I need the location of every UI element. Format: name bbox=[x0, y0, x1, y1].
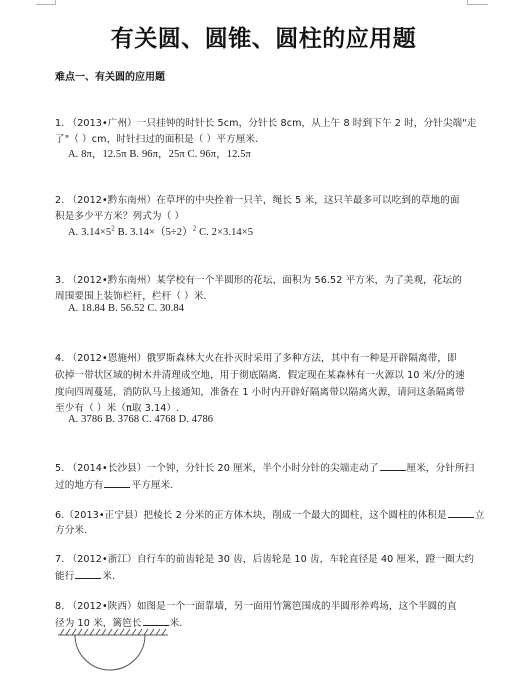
question-1-line-2: 了"（ ）cm，时针扫过的面积是（ ）平方厘米. bbox=[55, 131, 258, 145]
question-1-line-1: 1. （2013•广州）一只挂钟的时针长 5cm，分针长 8cm，从上午 8 时… bbox=[55, 115, 476, 129]
section-heading: 难点一、有关圆的应用题 bbox=[55, 68, 165, 83]
text: 能行 bbox=[55, 571, 74, 582]
question-4-line-3: 度向四周蔓延，消防队马上接通知，准备在 1 小时内开辟好隔离带以隔离火源，请问这… bbox=[55, 384, 465, 398]
question-7-line-2: 能行米. bbox=[55, 568, 115, 582]
answer-blank[interactable] bbox=[380, 461, 406, 471]
text: 厘米，分针所扫 bbox=[407, 463, 475, 474]
question-3-options: A. 18.84 B. 56.52 C. 30.84 bbox=[68, 303, 184, 314]
question-2-options: A. 3.14×52 B. 3.14×（5÷2）2 C. 2×3.14×5 bbox=[68, 224, 253, 239]
text: 6.（2013•正宁县）把棱长 2 分米的正方体木块，削成一个最大的圆柱，这个圆… bbox=[55, 510, 447, 521]
question-4-line-4: 至少有（ ）米（π取 3.14）. bbox=[55, 400, 179, 414]
option-c-text: C. 2×3.14×5 bbox=[196, 227, 253, 238]
question-4-line-1: 4. （2012•恩施州）俄罗斯森林大火在扑灭时采用了多种方法，其中有一种是开辟… bbox=[55, 350, 457, 364]
document-title: 有关圆、圆锥、圆柱的应用题 bbox=[0, 20, 527, 53]
text: 立 bbox=[475, 510, 485, 521]
text: 过的地方有 bbox=[55, 480, 103, 491]
question-4-line-2: 砍掉一带状区域的树木并清理成空地，用于彻底隔离．假定现在某森林有一火源以 10 … bbox=[55, 367, 465, 381]
text: 5. （2014•长沙县）一个钟，分针长 20 厘米，半个小时分针的尖端走动了 bbox=[55, 463, 379, 474]
question-5-line-2: 过的地方有平方厘米. bbox=[55, 477, 173, 491]
question-4-options: A. 3786 B. 3768 C. 4768 D. 4786 bbox=[68, 414, 213, 425]
option-b-text: B. 3.14×（5÷2） bbox=[115, 227, 193, 238]
question-2-line-1: 2. （2012•黔东南州）在草坪的中央拴着一只羊，绳长 5 米，这只羊最多可以… bbox=[55, 192, 460, 206]
answer-blank[interactable] bbox=[143, 616, 169, 626]
question-3-line-2: 周围要围上装饰栏杆，栏杆（ ）米. bbox=[55, 288, 207, 302]
semicircle-diagram-icon bbox=[55, 626, 185, 686]
question-8-line-1: 8. （2012•陕西）如图是一个一面靠墙，另一面用竹篱笆围成的半圆形养鸡场，这… bbox=[55, 598, 457, 612]
question-3-line-1: 3. （2012•黔东南州）某学校有一个半圆形的花坛，面积为 56.52 平方米… bbox=[55, 272, 462, 286]
text: 米. bbox=[102, 571, 115, 582]
question-5-line-1: 5. （2014•长沙县）一个钟，分针长 20 厘米，半个小时分针的尖端走动了厘… bbox=[55, 460, 474, 474]
option-a-text: A. 3.14×5 bbox=[68, 227, 111, 238]
answer-blank[interactable] bbox=[104, 478, 130, 488]
answer-blank[interactable] bbox=[448, 508, 474, 518]
page-corner-mark-right bbox=[467, 0, 488, 5]
answer-blank[interactable] bbox=[75, 569, 101, 579]
text: 平方厘米. bbox=[131, 480, 173, 491]
question-6-line-2: 方分米. bbox=[55, 522, 87, 536]
question-6-line-1: 6.（2013•正宁县）把棱长 2 分米的正方体木块，削成一个最大的圆柱，这个圆… bbox=[55, 507, 484, 521]
page-corner-mark-left bbox=[36, 0, 56, 5]
question-1-options: A. 8π，12.5π B. 96π，25π C. 96π，12.5π bbox=[68, 146, 251, 161]
question-7-line-1: 7. （2012•浙江）自行车的前齿轮是 30 齿，后齿轮是 10 齿，车轮直径… bbox=[55, 551, 474, 565]
question-2-line-2: 积是多少平方米？列式为（ ） bbox=[55, 208, 184, 222]
semicircle-wall-figure bbox=[55, 626, 185, 686]
